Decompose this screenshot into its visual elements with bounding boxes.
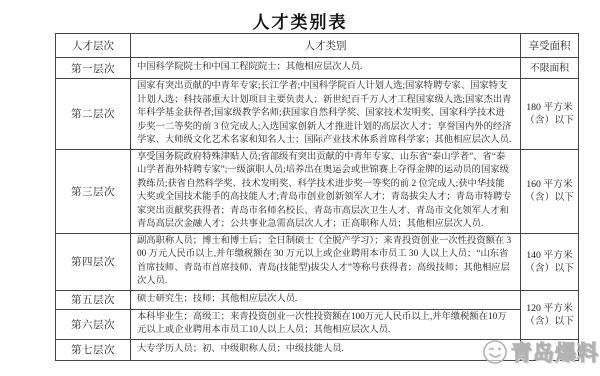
area-cell: 不限面积: [521, 58, 579, 79]
header-area: 享受面积: [521, 34, 579, 58]
table-row: 第四层次 副高职称人员；博士和博士后；全日制硕士（全脱产学习）；来青投资创业一次…: [56, 233, 579, 290]
table-row: 第六层次 本科毕业生；高级工；来青投资创业一次性投资额在100万元人民币以上,并…: [56, 309, 579, 339]
level-cell: 第四层次: [56, 233, 131, 290]
table-row: 第二层次 国家有突出贡献的中青年专家;长江学者;中国科学院百人计划人选;国家特聘…: [56, 79, 579, 150]
category-cell: 大专学历人员；初、中级职称人员；中级技能人员.: [131, 339, 521, 360]
area-cell: [521, 339, 579, 360]
area-cell: 140 平方米（含）以下: [521, 233, 579, 290]
level-cell: 第五层次: [56, 290, 131, 309]
table-header-row: 人才层次 人才类别 享受面积: [56, 34, 579, 58]
table-row: 第七层次 大专学历人员；初、中级职称人员；中级技能人员.: [56, 339, 579, 360]
area-cell: 160 平方米（含）以下: [521, 149, 579, 233]
category-cell: 硕士研究生；技师；其他相应层次人员.: [131, 290, 521, 309]
area-cell: 180 平方米（含）以下: [521, 79, 579, 150]
category-cell: 副高职称人员；博士和博士后；全日制硕士（全脱产学习）；来青投资创业一次性投资额在…: [131, 233, 521, 290]
area-cell-merged: 120 平方米（含）以下: [521, 290, 579, 339]
level-cell: 第二层次: [56, 79, 131, 150]
table-row: 第五层次 硕士研究生；技师；其他相应层次人员. 120 平方米（含）以下: [56, 290, 579, 309]
category-cell: 国家有突出贡献的中青年专家;长江学者;中国科学院百人计划人选;国家特聘专家、国家…: [131, 79, 521, 150]
category-cell: 享受国务院政府特殊津贴人员;省部级有突出贡献的中青年专家、山东省“泰山学者”、省…: [131, 149, 521, 233]
category-cell: 本科毕业生；高级工；来青投资创业一次性投资额在100万元人民币以上,并年缴税额在…: [131, 309, 521, 339]
page-title: 人才类别表: [0, 8, 600, 33]
table-row: 第三层次 享受国务院政府特殊津贴人员;省部级有突出贡献的中青年专家、山东省“泰山…: [56, 149, 579, 233]
document-page: 人才类别表 人才层次 人才类别 享受面积 第一层次 中国科学院院士和中国工程院院…: [0, 0, 600, 376]
level-cell: 第三层次: [56, 149, 131, 233]
level-cell: 第一层次: [56, 58, 131, 79]
level-cell: 第七层次: [56, 339, 131, 360]
level-cell: 第六层次: [56, 309, 131, 339]
header-level: 人才层次: [56, 34, 131, 58]
header-category: 人才类别: [131, 34, 521, 58]
talent-category-table: 人才层次 人才类别 享受面积 第一层次 中国科学院院士和中国工程院院士；其他相应…: [55, 33, 579, 361]
table-row: 第一层次 中国科学院院士和中国工程院院士；其他相应层次人员. 不限面积: [56, 58, 579, 79]
category-cell: 中国科学院院士和中国工程院院士；其他相应层次人员.: [131, 58, 521, 79]
